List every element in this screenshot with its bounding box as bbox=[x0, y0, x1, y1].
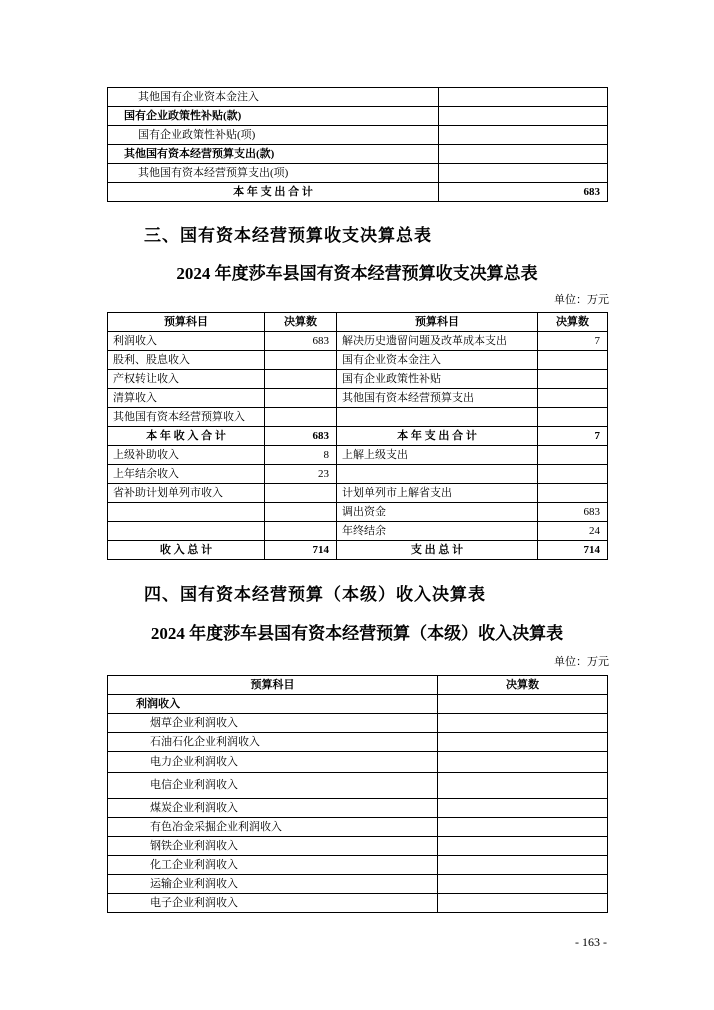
table-row: 产权转让收入国有企业政策性补贴 bbox=[108, 370, 608, 389]
table-row: 省补助计划单列市收入计划单列市上解省支出 bbox=[108, 484, 608, 503]
table-row: 本 年 收 入 合 计683本 年 支 出 合 计7 bbox=[108, 427, 608, 446]
budget-item-cell: 调出资金 bbox=[337, 503, 538, 522]
header-row: 预算科目决算数预算科目决算数 bbox=[108, 313, 608, 332]
amount-cell: 8 bbox=[265, 446, 337, 465]
table-row: 其他国有资本经营预算收入 bbox=[108, 408, 608, 427]
table-row: 其他国有资本经营预算支出(款) bbox=[108, 145, 608, 164]
amount-cell bbox=[265, 370, 337, 389]
budget-item-cell: 国有企业政策性补贴(款) bbox=[108, 107, 439, 126]
table-row: 化工企业利润收入 bbox=[108, 856, 608, 875]
table-row: 有色冶金采掘企业利润收入 bbox=[108, 818, 608, 837]
amount-cell bbox=[265, 503, 337, 522]
table-row: 电力企业利润收入 bbox=[108, 752, 608, 773]
table-row: 电信企业利润收入 bbox=[108, 773, 608, 799]
column-header: 决算数 bbox=[265, 313, 337, 332]
budget-item-cell: 其他国有企业资本金注入 bbox=[108, 88, 439, 107]
amount-cell: 683 bbox=[538, 503, 608, 522]
table-row: 电子企业利润收入 bbox=[108, 894, 608, 913]
amount-cell: 24 bbox=[538, 522, 608, 541]
budget-item-cell: 其他国有资本经营预算支出 bbox=[337, 389, 538, 408]
budget-item-cell: 计划单列市上解省支出 bbox=[337, 484, 538, 503]
budget-item-cell: 清算收入 bbox=[108, 389, 265, 408]
unit-label-4: 单位：万元 bbox=[107, 653, 609, 669]
budget-item-cell: 上年结余收入 bbox=[108, 465, 265, 484]
amount-cell bbox=[438, 818, 608, 837]
budget-item-cell: 利润收入 bbox=[108, 695, 438, 714]
budget-item-cell: 利润收入 bbox=[108, 332, 265, 351]
amount-cell bbox=[538, 389, 608, 408]
table-row: 上级补助收入8上解上级支出 bbox=[108, 446, 608, 465]
budget-item-cell: 股利、股息收入 bbox=[108, 351, 265, 370]
amount-cell bbox=[265, 351, 337, 370]
budget-item-cell: 收 入 总 计 bbox=[108, 541, 265, 560]
column-header: 预算科目 bbox=[108, 676, 438, 695]
amount-cell bbox=[538, 465, 608, 484]
amount-cell: 7 bbox=[538, 332, 608, 351]
amount-cell bbox=[438, 856, 608, 875]
budget-item-cell: 钢铁企业利润收入 bbox=[108, 837, 438, 856]
amount-cell bbox=[265, 408, 337, 427]
amount-cell: 683 bbox=[439, 183, 608, 202]
budget-item-cell: 上级补助收入 bbox=[108, 446, 265, 465]
expenditure-continuation-table: 其他国有企业资本金注入国有企业政策性补贴(款)国有企业政策性补贴(项)其他国有资… bbox=[107, 87, 608, 202]
budget-item-cell: 化工企业利润收入 bbox=[108, 856, 438, 875]
budget-item-cell: 本 年 支 出 合 计 bbox=[108, 183, 439, 202]
income-detail-table: 预算科目决算数 利润收入烟草企业利润收入石油石化企业利润收入电力企业利润收入电信… bbox=[107, 675, 608, 913]
amount-cell bbox=[438, 752, 608, 773]
table-row: 运输企业利润收入 bbox=[108, 875, 608, 894]
amount-cell bbox=[438, 695, 608, 714]
unit-label-3: 单位：万元 bbox=[107, 291, 609, 307]
amount-cell bbox=[538, 370, 608, 389]
amount-cell bbox=[438, 894, 608, 913]
budget-item-cell: 电子企业利润收入 bbox=[108, 894, 438, 913]
page-number: - 163 - bbox=[107, 935, 613, 950]
budget-item-cell: 电信企业利润收入 bbox=[108, 773, 438, 799]
table-row: 年终结余24 bbox=[108, 522, 608, 541]
amount-cell bbox=[439, 164, 608, 183]
table-row: 调出资金683 bbox=[108, 503, 608, 522]
budget-item-cell bbox=[337, 465, 538, 484]
amount-cell bbox=[438, 773, 608, 799]
budget-item-cell: 运输企业利润收入 bbox=[108, 875, 438, 894]
budget-summary-table: 预算科目决算数预算科目决算数 利润收入683解决历史遗留问题及改革成本支出7股利… bbox=[107, 312, 608, 560]
budget-item-cell: 年终结余 bbox=[337, 522, 538, 541]
amount-cell: 714 bbox=[538, 541, 608, 560]
budget-item-cell: 国有企业政策性补贴(项) bbox=[108, 126, 439, 145]
budget-item-cell: 其他国有资本经营预算收入 bbox=[108, 408, 265, 427]
budget-item-cell: 解决历史遗留问题及改革成本支出 bbox=[337, 332, 538, 351]
amount-cell bbox=[538, 351, 608, 370]
budget-item-cell: 支 出 总 计 bbox=[337, 541, 538, 560]
section-heading-4: 四、国有资本经营预算（本级）收入决算表 bbox=[144, 580, 486, 605]
budget-item-cell: 其他国有资本经营预算支出(款) bbox=[108, 145, 439, 164]
budget-item-cell: 产权转让收入 bbox=[108, 370, 265, 389]
amount-cell: 714 bbox=[265, 541, 337, 560]
amount-cell bbox=[538, 484, 608, 503]
amount-cell bbox=[438, 875, 608, 894]
amount-cell bbox=[265, 522, 337, 541]
table-row: 煤炭企业利润收入 bbox=[108, 799, 608, 818]
amount-cell bbox=[438, 733, 608, 752]
amount-cell bbox=[438, 837, 608, 856]
document-page: 其他国有企业资本金注入国有企业政策性补贴(款)国有企业政策性补贴(项)其他国有资… bbox=[0, 0, 714, 1010]
budget-item-cell: 有色冶金采掘企业利润收入 bbox=[108, 818, 438, 837]
amount-cell bbox=[265, 389, 337, 408]
amount-cell bbox=[438, 714, 608, 733]
budget-item-cell: 本 年 收 入 合 计 bbox=[108, 427, 265, 446]
table-row: 国有企业政策性补贴(项) bbox=[108, 126, 608, 145]
column-header: 决算数 bbox=[538, 313, 608, 332]
budget-item-cell: 煤炭企业利润收入 bbox=[108, 799, 438, 818]
budget-item-cell: 本 年 支 出 合 计 bbox=[337, 427, 538, 446]
section-heading-3: 三、国有资本经营预算收支决算总表 bbox=[144, 221, 432, 246]
table-title-4: 2024 年度莎车县国有资本经营预算（本级）收入决算表 bbox=[107, 619, 607, 644]
budget-item-cell: 石油石化企业利润收入 bbox=[108, 733, 438, 752]
amount-cell bbox=[439, 107, 608, 126]
amount-cell: 683 bbox=[265, 332, 337, 351]
header-row: 预算科目决算数 bbox=[108, 676, 608, 695]
table-row: 烟草企业利润收入 bbox=[108, 714, 608, 733]
amount-cell bbox=[265, 484, 337, 503]
table-row: 钢铁企业利润收入 bbox=[108, 837, 608, 856]
budget-item-cell: 国有企业政策性补贴 bbox=[337, 370, 538, 389]
amount-cell bbox=[439, 145, 608, 164]
amount-cell bbox=[439, 126, 608, 145]
budget-item-cell bbox=[337, 408, 538, 427]
table-row: 收 入 总 计714支 出 总 计714 bbox=[108, 541, 608, 560]
amount-cell bbox=[438, 799, 608, 818]
table-row: 上年结余收入23 bbox=[108, 465, 608, 484]
budget-item-cell bbox=[108, 503, 265, 522]
table-row: 利润收入 bbox=[108, 695, 608, 714]
table-row: 清算收入其他国有资本经营预算支出 bbox=[108, 389, 608, 408]
amount-cell bbox=[538, 446, 608, 465]
amount-cell bbox=[538, 408, 608, 427]
table-row: 国有企业政策性补贴(款) bbox=[108, 107, 608, 126]
budget-item-cell: 其他国有资本经营预算支出(项) bbox=[108, 164, 439, 183]
table-row: 利润收入683解决历史遗留问题及改革成本支出7 bbox=[108, 332, 608, 351]
budget-item-cell: 烟草企业利润收入 bbox=[108, 714, 438, 733]
budget-item-cell bbox=[108, 522, 265, 541]
table-row: 石油石化企业利润收入 bbox=[108, 733, 608, 752]
budget-item-cell: 国有企业资本金注入 bbox=[337, 351, 538, 370]
column-header: 决算数 bbox=[438, 676, 608, 695]
amount-cell bbox=[439, 88, 608, 107]
column-header: 预算科目 bbox=[337, 313, 538, 332]
table-row: 其他国有资本经营预算支出(项) bbox=[108, 164, 608, 183]
table-row: 本 年 支 出 合 计683 bbox=[108, 183, 608, 202]
column-header: 预算科目 bbox=[108, 313, 265, 332]
amount-cell: 7 bbox=[538, 427, 608, 446]
table-row: 股利、股息收入国有企业资本金注入 bbox=[108, 351, 608, 370]
budget-item-cell: 上解上级支出 bbox=[337, 446, 538, 465]
amount-cell: 23 bbox=[265, 465, 337, 484]
table-title-3: 2024 年度莎车县国有资本经营预算收支决算总表 bbox=[107, 259, 607, 284]
amount-cell: 683 bbox=[265, 427, 337, 446]
budget-item-cell: 电力企业利润收入 bbox=[108, 752, 438, 773]
budget-item-cell: 省补助计划单列市收入 bbox=[108, 484, 265, 503]
table-row: 其他国有企业资本金注入 bbox=[108, 88, 608, 107]
